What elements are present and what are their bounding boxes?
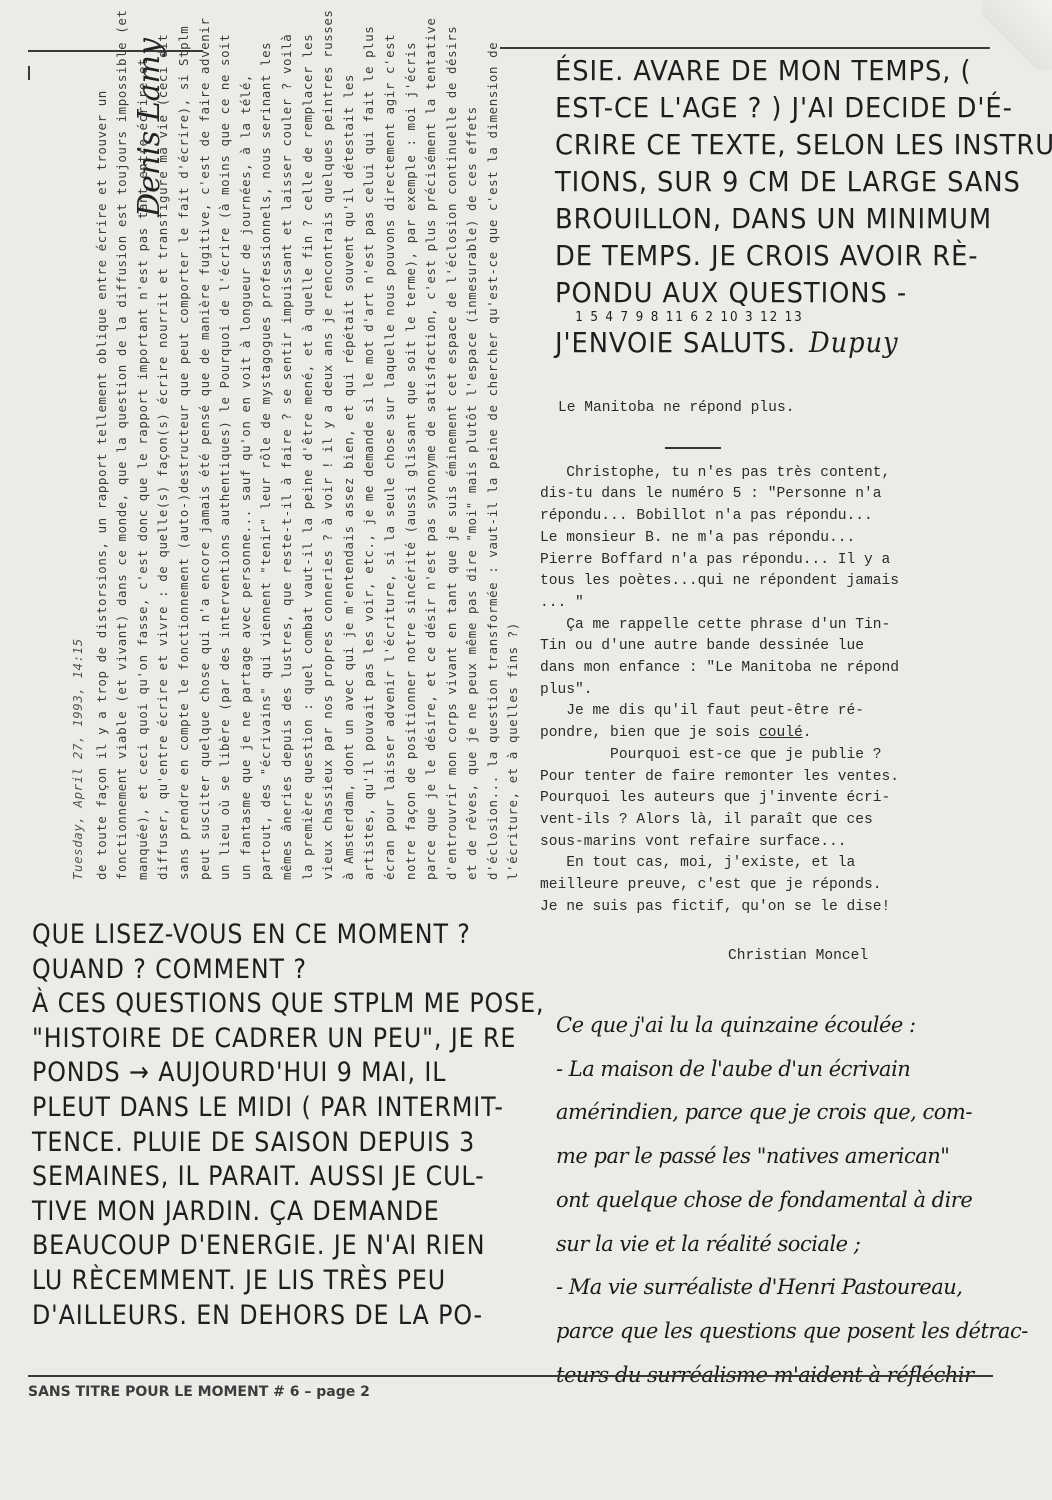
rotated-text-line: un lieu où se libère (par des interventi… (215, 80, 236, 880)
cursive-line: Ce que j'ai lu la quinzaine écoulée : (556, 1004, 1016, 1048)
bottom-rule (28, 1375, 993, 1377)
handwritten-note-top-right: ÉSIE. AVARE DE MON TEMPS, (EST-CE L'AGE … (555, 52, 960, 361)
rotated-text-line: d'éclosion... la question transformée : … (483, 80, 504, 880)
article-line: dans mon enfance : "Le Manitoba ne répon… (540, 658, 1010, 680)
rotated-text-line: artistes, qu'il pouvait pas les voir, et… (359, 80, 380, 880)
rotated-text-line: d'entrouvrir mon corps vivant en tant qu… (442, 80, 463, 880)
handwritten-line: QUAND ? COMMENT ? (32, 953, 472, 988)
article-line: vent-ils ? Alors là, il paraît que ces (540, 810, 1010, 832)
cursive-line: - La maison de l'aube d'un écrivain (556, 1048, 1016, 1092)
handwritten-line: PONDU AUX QUESTIONS - (555, 274, 960, 311)
handwritten-line: EST-CE L'AGE ? ) J'AI DECIDE D'É- (555, 89, 960, 126)
rotated-text-line: partout, des "écrivains" qui viennent "t… (256, 80, 277, 880)
rotated-text-line: un fantasme que je ne partage avec perso… (236, 80, 257, 880)
article-line: plus". (540, 680, 1010, 702)
handwritten-line: D'AILLEURS. EN DEHORS DE LA PO- (32, 1299, 472, 1334)
cursive-line: amérindien, parce que je crois que, com- (556, 1091, 1016, 1135)
rotated-text-body: Tuesday, April 27, 1993, 14:15 de toute … (68, 80, 508, 880)
article-line: Pour tenter de faire remonter les ventes… (540, 767, 1010, 789)
rotated-text-column: Tuesday, April 27, 1993, 14:15 de toute … (58, 70, 518, 890)
cursive-line: me par le passé les "natives american" (556, 1135, 1016, 1179)
rotated-text-line: l'écriture, et à quelles fins ?) (503, 80, 524, 880)
article-signature: Christian Moncel (728, 948, 868, 964)
article-line: pondre, bien que je sois coulé. (540, 723, 1010, 745)
article-line: Christophe, tu n'es pas très content, (540, 463, 1010, 485)
rotated-text-line: écran pour laisser advenir l'écriture, s… (380, 80, 401, 880)
title-separator (665, 447, 721, 449)
article-line: Pierre Boffard n'a pas répondu... Il y a (540, 550, 1010, 572)
article-line: Ça me rappelle cette phrase d'un Tin- (540, 615, 1010, 637)
handwritten-line: TIONS, SUR 9 CM DE LARGE SANS (555, 163, 960, 200)
closing-line: J'ENVOIE SALUTS.Dupuy (555, 324, 960, 361)
handwritten-line: PONDS → AUJOURD'HUI 9 MAI, IL (32, 1056, 472, 1091)
handwritten-line: TIVE MON JARDIN. ÇA DEMANDE (32, 1195, 472, 1230)
rotated-text-line: à Amsterdam, dont un avec qui je m'enten… (339, 80, 360, 880)
typed-article: Le Manitoba ne répond plus. Christophe, … (540, 398, 1010, 918)
handwritten-line: TENCE. PLUIE DE SAISON DEPUIS 3 (32, 1126, 472, 1161)
rotated-text-line: et de rêves, que je ne peux même pas dir… (462, 80, 483, 880)
handwritten-line: DE TEMPS. JE CROIS AVOIR RÈ- (555, 237, 960, 274)
handwritten-note-bottom-left: QUE LISEZ-VOUS EN CE MOMENT ? QUAND ? CO… (32, 918, 472, 1333)
cursive-line: - Ma vie surréaliste d'Henri Pastoureau, (556, 1266, 1016, 1310)
rotated-text-line: vieux chassieux par nos propres connerie… (318, 80, 339, 880)
handwritten-line: CRIRE CE TEXTE, SELON LES INSTRUC- (555, 126, 960, 163)
folded-corner (982, 0, 1052, 70)
cursive-line: ont quelque chose de fondamental à dire (556, 1179, 1016, 1223)
handwritten-line: QUE LISEZ-VOUS EN CE MOMENT ? (32, 918, 472, 953)
rotated-text-line: parce que je le désire, et ce désir n'es… (421, 80, 442, 880)
handwritten-line: SEMAINES, IL PARAIT. AUSSI JE CUL- (32, 1160, 472, 1195)
rotated-text-line: manquée), et ceci quoi qu'on fasse, c'es… (133, 80, 154, 880)
article-line: En tout cas, moi, j'existe, et la (540, 853, 1010, 875)
article-line: répondu... Bobillot n'a pas répondu... (540, 506, 1010, 528)
handwritten-line: BROUILLON, DANS UN MINIMUM (555, 200, 960, 237)
page-footer: SANS TITRE POUR LE MOMENT # 6 – page 2 (28, 1384, 370, 1400)
handwritten-line: À CES QUESTIONS QUE STPLM ME POSE, (32, 987, 472, 1022)
handwritten-line: BEAUCOUP D'ENERGIE. JE N'AI RIEN (32, 1229, 472, 1264)
article-line: Je ne suis pas fictif, qu'on se le dise! (540, 897, 1010, 919)
rotated-text-line: notre façon de positionner notre sincéri… (401, 80, 422, 880)
rotated-text-line: sans prendre en compte le fonctionnement… (174, 80, 195, 880)
article-line: sous-marins vont refaire surface... (540, 832, 1010, 854)
article-line: Tin ou d'une autre bande dessinée lue (540, 636, 1010, 658)
entry-date: Tuesday, April 27, 1993, 14:15 (68, 80, 89, 880)
rotated-text-line: de toute façon il y a trop de distorsion… (92, 80, 113, 880)
handwritten-line: "HISTOIRE DE CADRER UN PEU", JE RE (32, 1022, 472, 1057)
cursive-line: sur la vie et la réalité sociale ; (556, 1223, 1016, 1267)
article-line: Le monsieur B. ne m'a pas répondu... (540, 528, 1010, 550)
article-line: tous les poètes...qui ne répondent jamai… (540, 571, 1010, 593)
cursive-reading-list: Ce que j'ai lu la quinzaine écoulée :- L… (556, 1004, 1016, 1397)
handwritten-line: LU RÈCEMMENT. JE LIS TRÈS PEU (32, 1264, 472, 1299)
rotated-text-line: la première question : quel combat vaut-… (298, 80, 319, 880)
article-title: Le Manitoba ne répond plus. (558, 398, 1010, 420)
article-line: Pourquoi est-ce que je publie ? (540, 745, 1010, 767)
left-margin-tick (28, 66, 30, 80)
signature-dupuy: Dupuy (809, 326, 898, 359)
handwritten-line: ÉSIE. AVARE DE MON TEMPS, ( (555, 52, 960, 89)
rotated-text-line: peut susciter quelque chose qui n'a enco… (195, 80, 216, 880)
article-line: dis-tu dans le numéro 5 : "Personne n'a (540, 484, 1010, 506)
article-line: Pourquoi les auteurs que j'invente écri- (540, 788, 1010, 810)
article-line: Je me dis qu'il faut peut-être ré- (540, 701, 1010, 723)
cursive-line: parce que les questions que posent les d… (556, 1310, 1016, 1354)
closing-text: J'ENVOIE SALUTS. (555, 326, 796, 359)
top-rule-right (500, 47, 990, 49)
article-line: meilleure preuve, c'est que je réponds. (540, 875, 1010, 897)
rotated-text-line: fonctionnement viable (et vivant) dans c… (112, 80, 133, 880)
rotated-text-line: mêmes âneries depuis des lustres, que re… (277, 80, 298, 880)
article-line: ... " (540, 593, 1010, 615)
handwritten-line: PLEUT DANS LE MIDI ( PAR INTERMIT- (32, 1091, 472, 1126)
question-order-numbers: 1 5 4 7 9 8 11 6 2 10 3 12 13 (575, 311, 960, 324)
rotated-text-line: diffuser, qu'entre écrire et vivre : de … (153, 80, 174, 880)
